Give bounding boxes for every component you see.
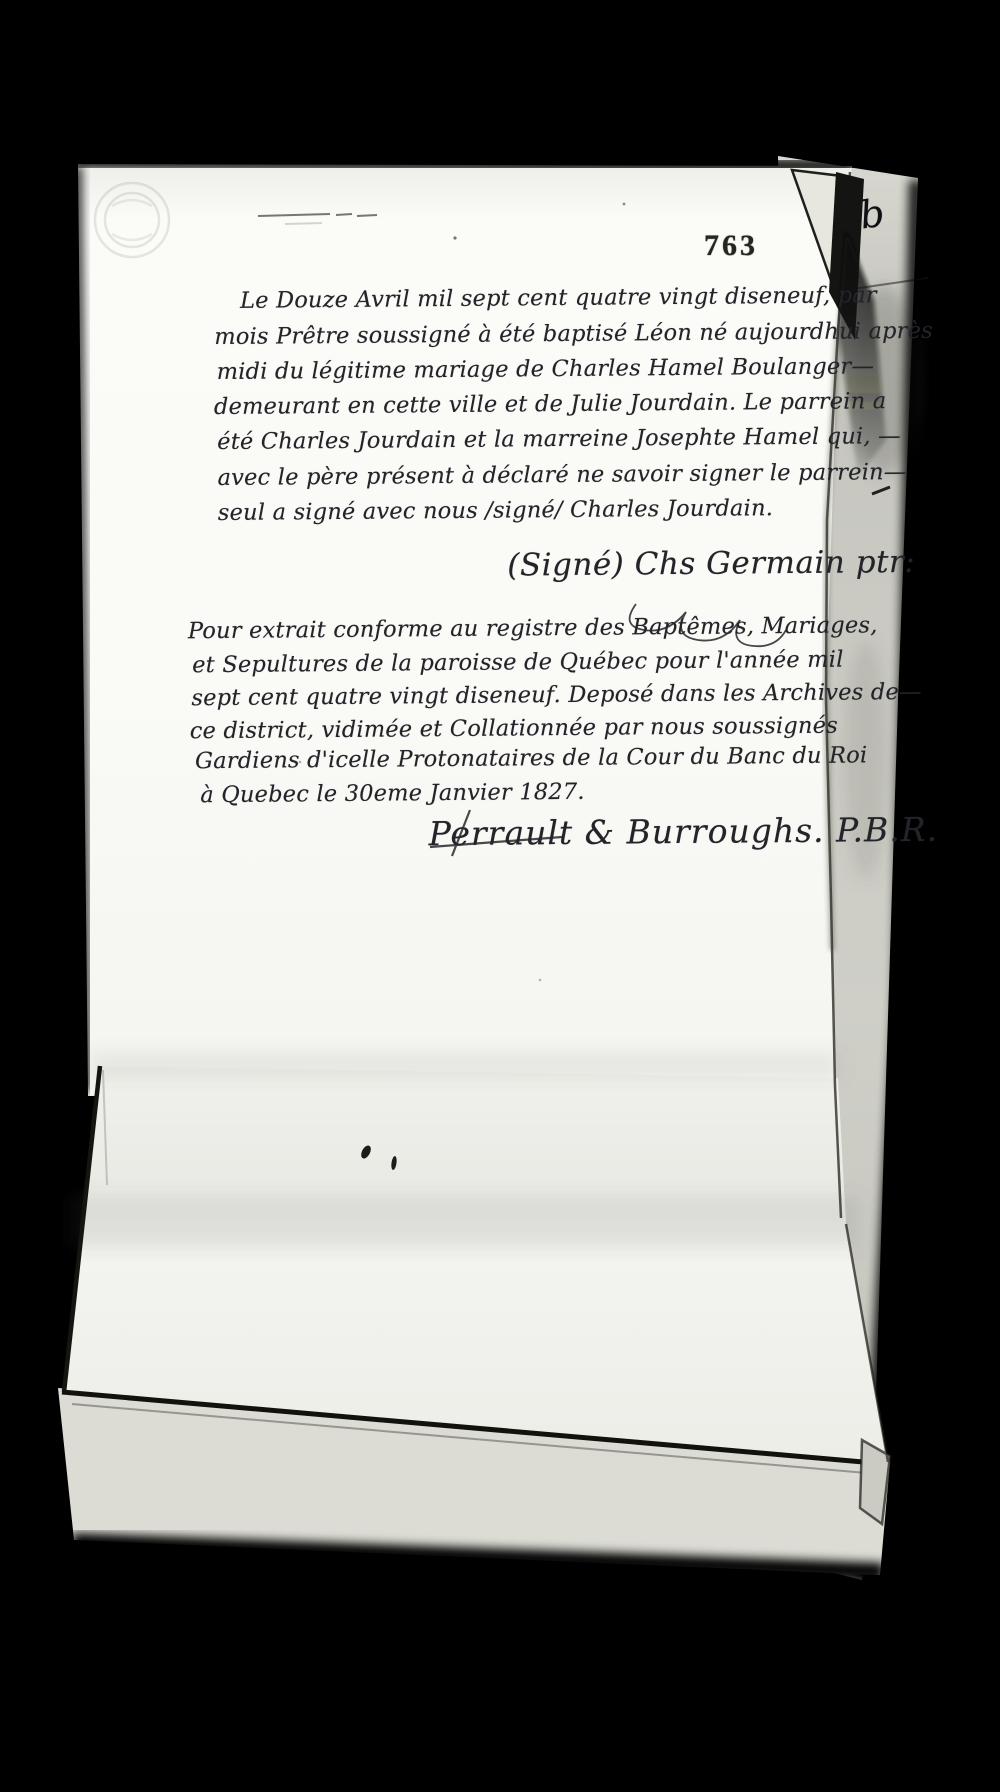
certification-line: Pour extrait conforme au registre des Ba… <box>188 612 878 644</box>
microfilm-scan: 763 b Le Douze Avril mil sept cent quatr… <box>0 0 1000 1792</box>
certification-line: à Quebec le 30eme Janvier 1827. <box>200 779 585 808</box>
certification-line: Gardiens d'icelle Protonataires de la Co… <box>195 742 868 774</box>
certification-line: ce district, vidimée et Collationnée par… <box>190 713 838 745</box>
certification-line: et Sepultures de la paroisse de Québec p… <box>192 647 844 679</box>
prothonotary-signature: Perrault & Burroughs. P.B.R. <box>428 810 938 853</box>
certification-line: sept cent quatre vingt diseneuf. Deposé … <box>191 679 921 711</box>
certification-paragraph: Pour extrait conforme au registre des Ba… <box>0 0 1000 1792</box>
